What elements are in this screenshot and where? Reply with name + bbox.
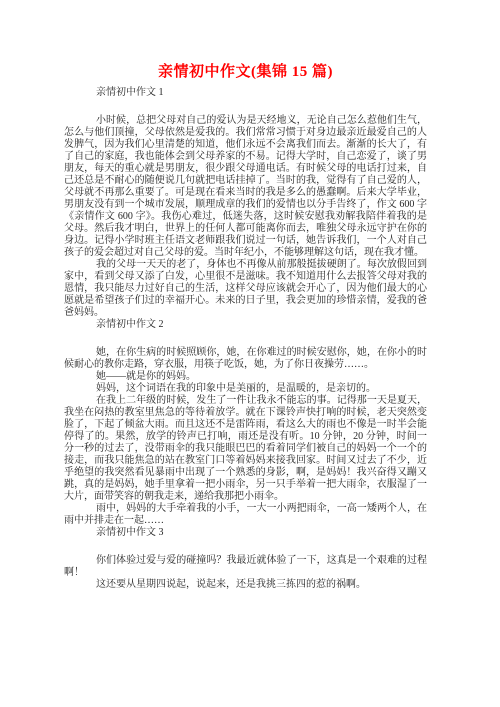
document-page: 亲情初中作文(集锦 15 篇) 亲情初中作文 1小时候，总把父母对自己的爱认为是… xyxy=(0,0,500,707)
section-heading-3: 亲情初中作文 3 xyxy=(64,527,427,539)
paragraph: 在我上二年级的时候，发生了一件让我永不能忘的事。记得那一天是夏天，我坐在闷热的教… xyxy=(64,395,427,503)
document-body: 亲情初中作文 1小时候，总把父母对自己的爱认为是天经地义，无论自己怎么惹他们生气… xyxy=(64,87,427,591)
paragraph: 这还要从星期四说起，说起来，还是我挑三拣四的惹的祸啊。 xyxy=(64,579,427,591)
paragraph: 雨中，妈妈的大手牵着我的小手，一大一小两把雨伞，一高一矮两个人，在雨中并排走在一… xyxy=(64,503,427,527)
section-heading-2: 亲情初中作文 2 xyxy=(64,319,427,331)
paragraph: 她——就是你的妈妈。 xyxy=(64,371,427,383)
paragraph: 我的父母一天天的老了，身体也不再像从前那般挺拔硬朗了。每次放假回到家中，看到父母… xyxy=(64,259,427,319)
document-title: 亲情初中作文(集锦 15 篇) xyxy=(64,62,427,82)
paragraph: 小时候，总把父母对自己的爱认为是天经地义，无论自己怎么惹他们生气，怎么与他们顶撞… xyxy=(64,115,427,259)
paragraph: 你们体验过爱与爱的碰撞吗？我最近就体验了一下，这真是一个艰难的过程啊！ xyxy=(64,555,427,579)
paragraph: 她，在你生病的时候照顾你，她，在你难过的时候安慰你，她，在你小的时候耐心的教你走… xyxy=(64,347,427,371)
paragraph: 妈妈，这个词语在我的印象中是美丽的，是温暖的，是亲切的。 xyxy=(64,383,427,395)
section-heading-1: 亲情初中作文 1 xyxy=(64,87,427,99)
